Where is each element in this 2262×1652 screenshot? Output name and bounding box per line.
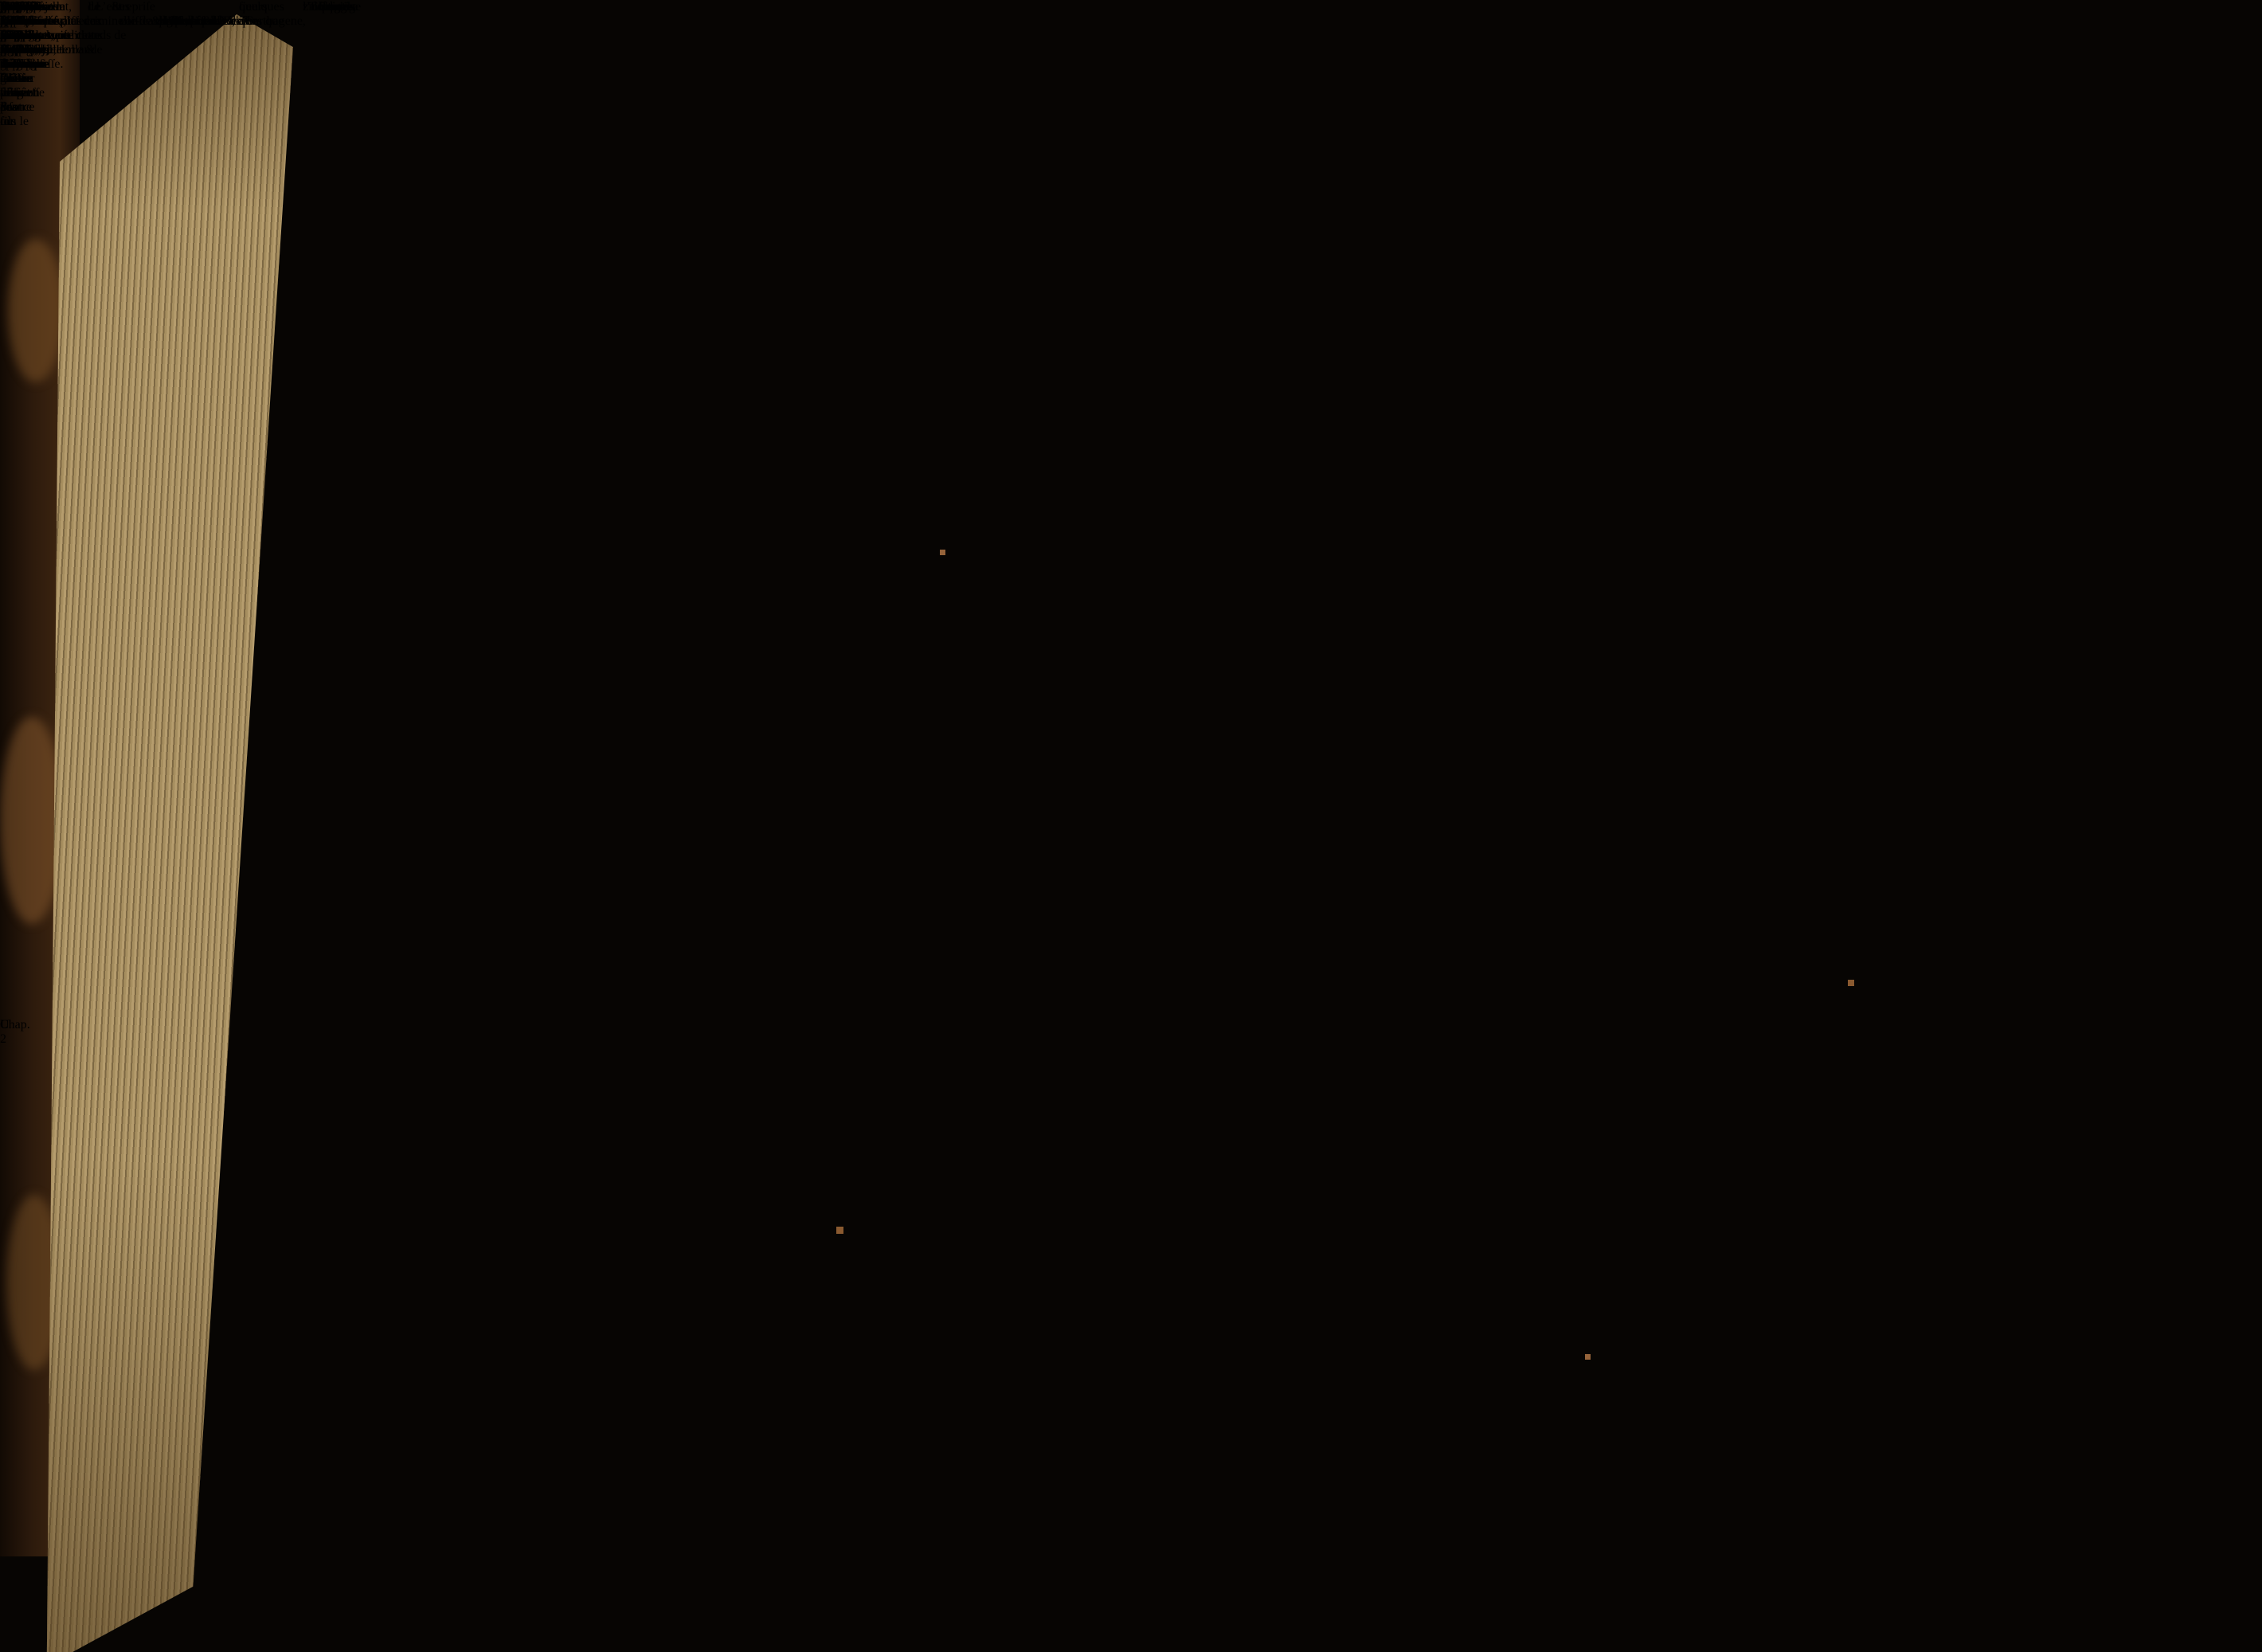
line-text: maiſon. (0, 0, 38, 14)
left-foredge-page-stack (37, 14, 293, 1652)
tassel-strand (223, 24, 279, 80)
foxing-spot (836, 1227, 843, 1234)
catchword-right: Chap. (0, 1018, 30, 1032)
foxing-spot (1848, 980, 1854, 986)
foxing-spot (940, 550, 945, 555)
book-photograph: 230 Louis XIV. 1696. 1695. Mai 1697. Un … (0, 0, 2262, 1652)
foxing-spot (1585, 1354, 1591, 1360)
